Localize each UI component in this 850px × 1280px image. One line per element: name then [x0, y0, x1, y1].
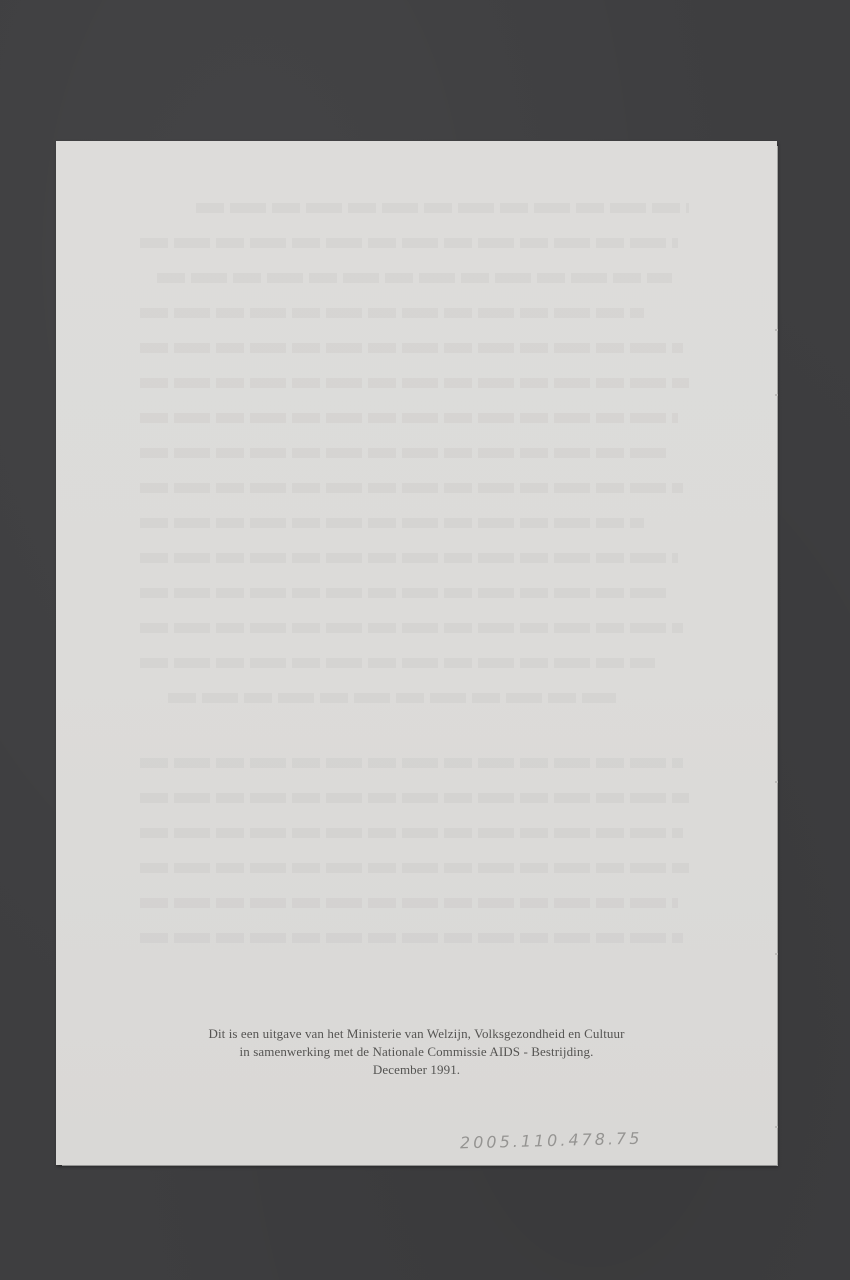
paper-edge-mark [775, 953, 778, 955]
document-back-cover: Dit is een uitgave van het Ministerie va… [56, 141, 777, 1165]
imprint-line-publisher: Dit is een uitgave van het Ministerie va… [56, 1025, 777, 1043]
publisher-imprint: Dit is een uitgave van het Ministerie va… [56, 1025, 777, 1079]
show-through-text [140, 203, 700, 968]
paper-edge-mark [775, 394, 778, 396]
paper-edge-mark [775, 1126, 778, 1128]
paper-edge-mark [775, 329, 778, 331]
paper-edge-mark [775, 781, 778, 783]
imprint-line-collaboration: in samenwerking met de Nationale Commiss… [56, 1043, 777, 1061]
handwritten-inventory-number: 2005.110.478.75 [460, 1129, 643, 1153]
imprint-line-date: December 1991. [56, 1061, 777, 1079]
